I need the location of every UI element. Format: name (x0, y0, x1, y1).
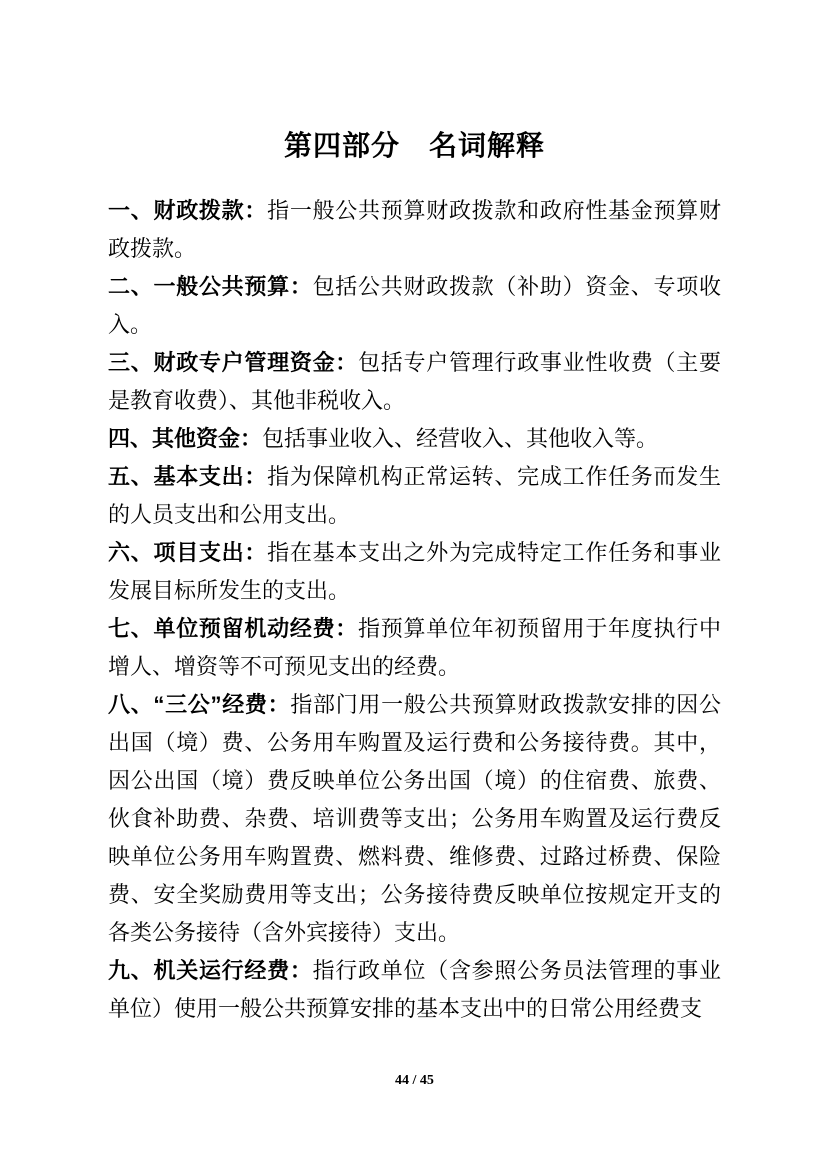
definition-term: 一、财政拨款： (108, 198, 267, 223)
page-title: 第四部分 名词解释 (0, 0, 829, 164)
definition-term: 七、单位预留机动经费： (108, 616, 358, 641)
page-number: 44 / 45 (0, 1072, 829, 1090)
definition-item-1: 一、财政拨款：指一般公共预算财政拨款和政府性基金预算财政拨款。 (108, 192, 721, 268)
definition-item-7: 七、单位预留机动经费：指预算单位年初预留用于年度执行中增人、增资等不可预见支出的… (108, 610, 721, 686)
definition-item-8: 八、“三公”经费：指部门用一般公共预算财政拨款安排的因公出国（境）费、公务用车购… (108, 686, 721, 952)
definition-item-9: 九、机关运行经费：指行政单位（含参照公务员法管理的事业单位）使用一般公共预算安排… (108, 952, 721, 1028)
definition-term: 二、一般公共预算： (108, 274, 313, 299)
document-page: 第四部分 名词解释 一、财政拨款：指一般公共预算财政拨款和政府性基金预算财政拨款… (0, 0, 829, 1173)
definition-term: 三、财政专户管理资金： (108, 350, 358, 375)
definition-text: 指部门用一般公共预算财政拨款安排的因公出国（境）费、公务用车购置及运行费和公务接… (108, 692, 721, 945)
definition-item-6: 六、项目支出：指在基本支出之外为完成特定工作任务和事业发展目标所发生的支出。 (108, 534, 721, 610)
definitions-list: 一、财政拨款：指一般公共预算财政拨款和政府性基金预算财政拨款。 二、一般公共预算… (108, 192, 721, 1028)
definition-term: 四、其他资金： (108, 426, 262, 451)
definition-item-5: 五、基本支出：指为保障机构正常运转、完成工作任务而发生的人员支出和公用支出。 (108, 458, 721, 534)
definition-term: 九、机关运行经费： (108, 958, 313, 983)
definition-term: 六、项目支出： (108, 540, 267, 565)
definition-term: 八、“三公”经费： (108, 692, 290, 717)
definition-item-2: 二、一般公共预算：包括公共财政拨款（补助）资金、专项收入。 (108, 268, 721, 344)
definition-term: 五、基本支出： (108, 464, 267, 489)
definition-item-4: 四、其他资金：包括事业收入、经营收入、其他收入等。 (108, 420, 721, 458)
definition-item-3: 三、财政专户管理资金：包括专户管理行政事业性收费（主要是教育收费）、其他非税收入… (108, 344, 721, 420)
definition-text: 包括事业收入、经营收入、其他收入等。 (262, 426, 658, 451)
